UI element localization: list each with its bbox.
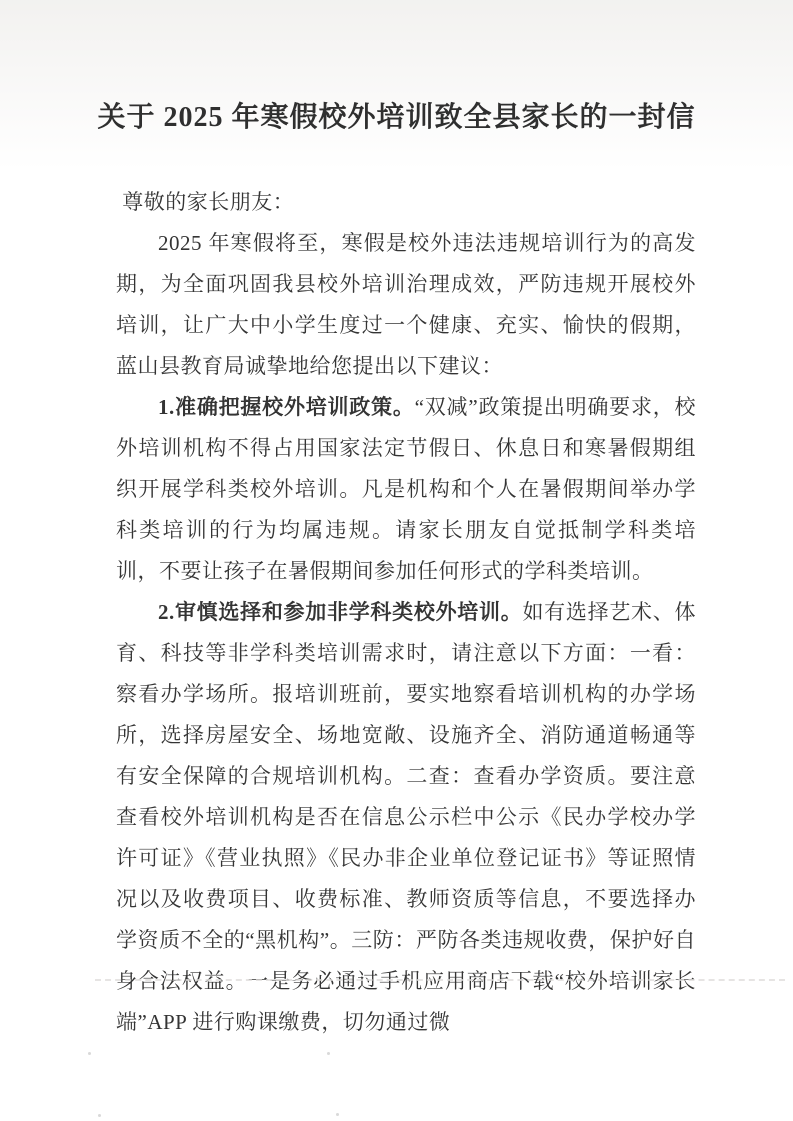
salutation: 尊敬的家长朋友： <box>116 182 696 223</box>
paragraph: 2025 年寒假将至，寒假是校外违法违规培训行为的高发期，为全面巩固我县校外培训… <box>116 223 696 387</box>
paragraph-text: 2025 年寒假将至，寒假是校外违法违规培训行为的高发期，为全面巩固我县校外培训… <box>116 231 696 378</box>
scan-speck <box>327 1052 330 1055</box>
scan-speck <box>336 1113 339 1116</box>
scan-speck <box>88 1052 91 1055</box>
paragraph: 1.准确把握校外培训政策。“双减”政策提出明确要求，校外培训机构不得占用国家法定… <box>116 387 696 592</box>
paragraph-lead: 1.准确把握校外培训政策。 <box>158 395 415 419</box>
paragraph: 2.审慎选择和参加非学科类校外培训。如有选择艺术、体育、科技等非学科类培训需求时… <box>116 592 696 1043</box>
paragraph-text: 如有选择艺术、体育、科技等非学科类培训需求时，请注意以下方面：一看：察看办学场所… <box>116 600 696 1034</box>
paragraph-text: “双减”政策提出明确要求，校外培训机构不得占用国家法定节假日、休息日和寒暑假期组… <box>116 395 696 583</box>
document-body: 尊敬的家长朋友： 2025 年寒假将至，寒假是校外违法违规培训行为的高发期，为全… <box>116 182 696 1043</box>
paragraph-lead: 2.审慎选择和参加非学科类校外培训。 <box>158 600 522 624</box>
scan-speck <box>98 1114 101 1117</box>
document-title: 关于 2025 年寒假校外培训致全县家长的一封信 <box>0 0 793 139</box>
document-page: 关于 2025 年寒假校外培训致全县家长的一封信 尊敬的家长朋友： 2025 年… <box>0 0 793 1121</box>
